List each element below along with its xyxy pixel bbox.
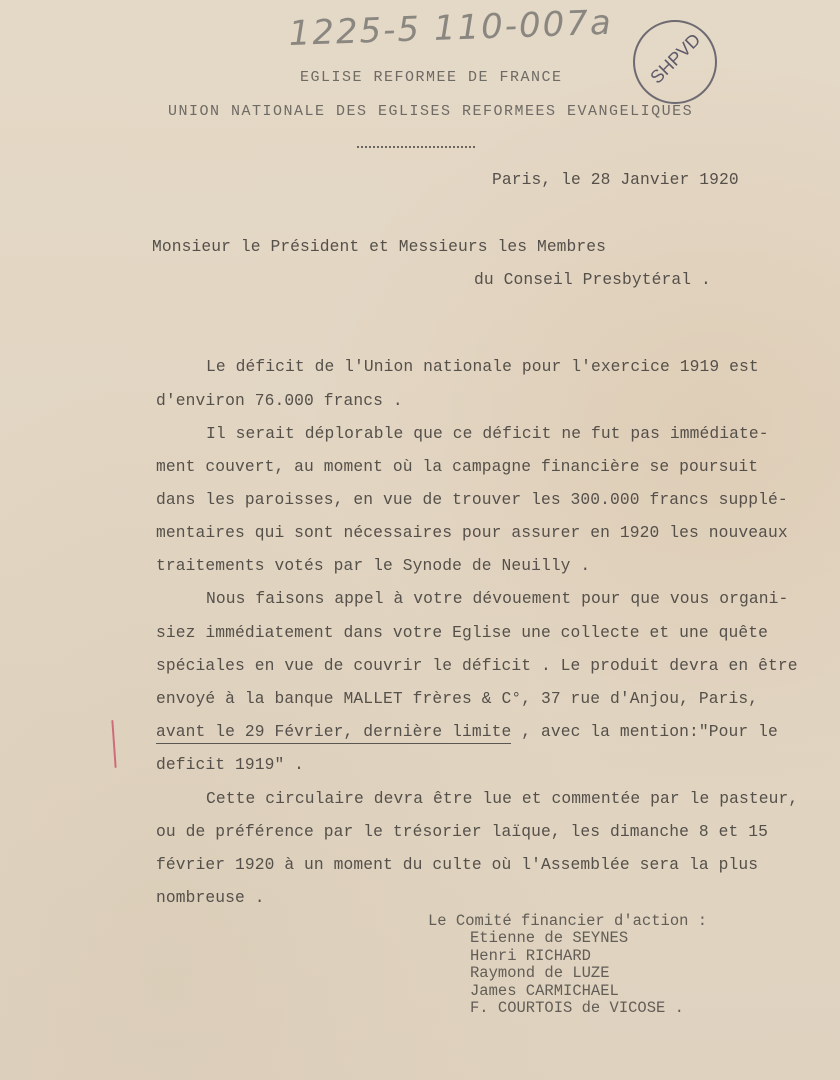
body-p3-line-4: envoyé à la banque MALLET frères & C°, 3… (156, 691, 758, 707)
signatory-name: James CARMICHAEL (428, 983, 707, 1001)
body-p3-line-5: avant le 29 Février, dernière limite , a… (156, 724, 778, 740)
letter-page: 1225-5 110-007a SHPVD EGLISE REFORMEE DE… (0, 0, 840, 1080)
body-p3-line-2: siez immédiatement dans votre Eglise une… (156, 625, 768, 641)
letterhead-line-2: UNION NATIONALE DES EGLISES REFORMEES EV… (168, 104, 693, 119)
body-p2-line-4: mentaires qui sont nécessaires pour assu… (156, 525, 788, 541)
deadline-continuation: , avec la mention:"Pour le (511, 722, 778, 741)
body-p2-line-3: dans les paroisses, en vue de trouver le… (156, 492, 788, 508)
red-margin-mark (111, 720, 116, 768)
dateline: Paris, le 28 Janvier 1920 (492, 172, 739, 188)
salutation-line-2: du Conseil Presbytéral . (474, 272, 711, 288)
stamp-text: SHPVD (646, 31, 703, 88)
salutation-line-1: Monsieur le Président et Messieurs les M… (152, 239, 606, 255)
letterhead-line-1: EGLISE REFORMEE DE FRANCE (300, 70, 563, 85)
body-p4-line-3: février 1920 à un moment du culte où l'A… (156, 857, 758, 873)
body-p3-line-1: Nous faisons appel à votre dévouement po… (206, 591, 788, 607)
signatory-name: F. COURTOIS de VICOSE . (428, 1000, 707, 1018)
signature-title: Le Comité financier d'action : (428, 912, 707, 930)
body-p1-line-2: d'environ 76.000 francs . (156, 393, 403, 409)
signatory-name: Etienne de SEYNES (428, 930, 707, 948)
header-separator (357, 146, 475, 148)
body-p3-line-6: deficit 1919" . (156, 757, 304, 773)
handwritten-archive-reference: 1225-5 110-007a (288, 3, 613, 54)
body-p4-line-2: ou de préférence par le trésorier laïque… (156, 824, 768, 840)
body-p2-line-5: traitements votés par le Synode de Neuil… (156, 558, 590, 574)
signatory-name: Raymond de LUZE (428, 965, 707, 983)
body-p4-line-1: Cette circulaire devra être lue et comme… (206, 791, 798, 807)
body-p2-line-2: ment couvert, au moment où la campagne f… (156, 459, 758, 475)
body-p2-line-1: Il serait déplorable que ce déficit ne f… (206, 426, 769, 442)
body-p1-line-1: Le déficit de l'Union nationale pour l'e… (206, 359, 759, 375)
deadline-underlined: avant le 29 Février, dernière limite (156, 722, 511, 744)
body-p4-line-4: nombreuse . (156, 890, 265, 906)
archive-stamp: SHPVD (633, 20, 717, 104)
body-p3-line-3: spéciales en vue de couvrir le déficit .… (156, 658, 798, 674)
signatory-name: Henri RICHARD (428, 948, 707, 966)
signature-block: Le Comité financier d'action : Etienne d… (428, 912, 707, 1018)
